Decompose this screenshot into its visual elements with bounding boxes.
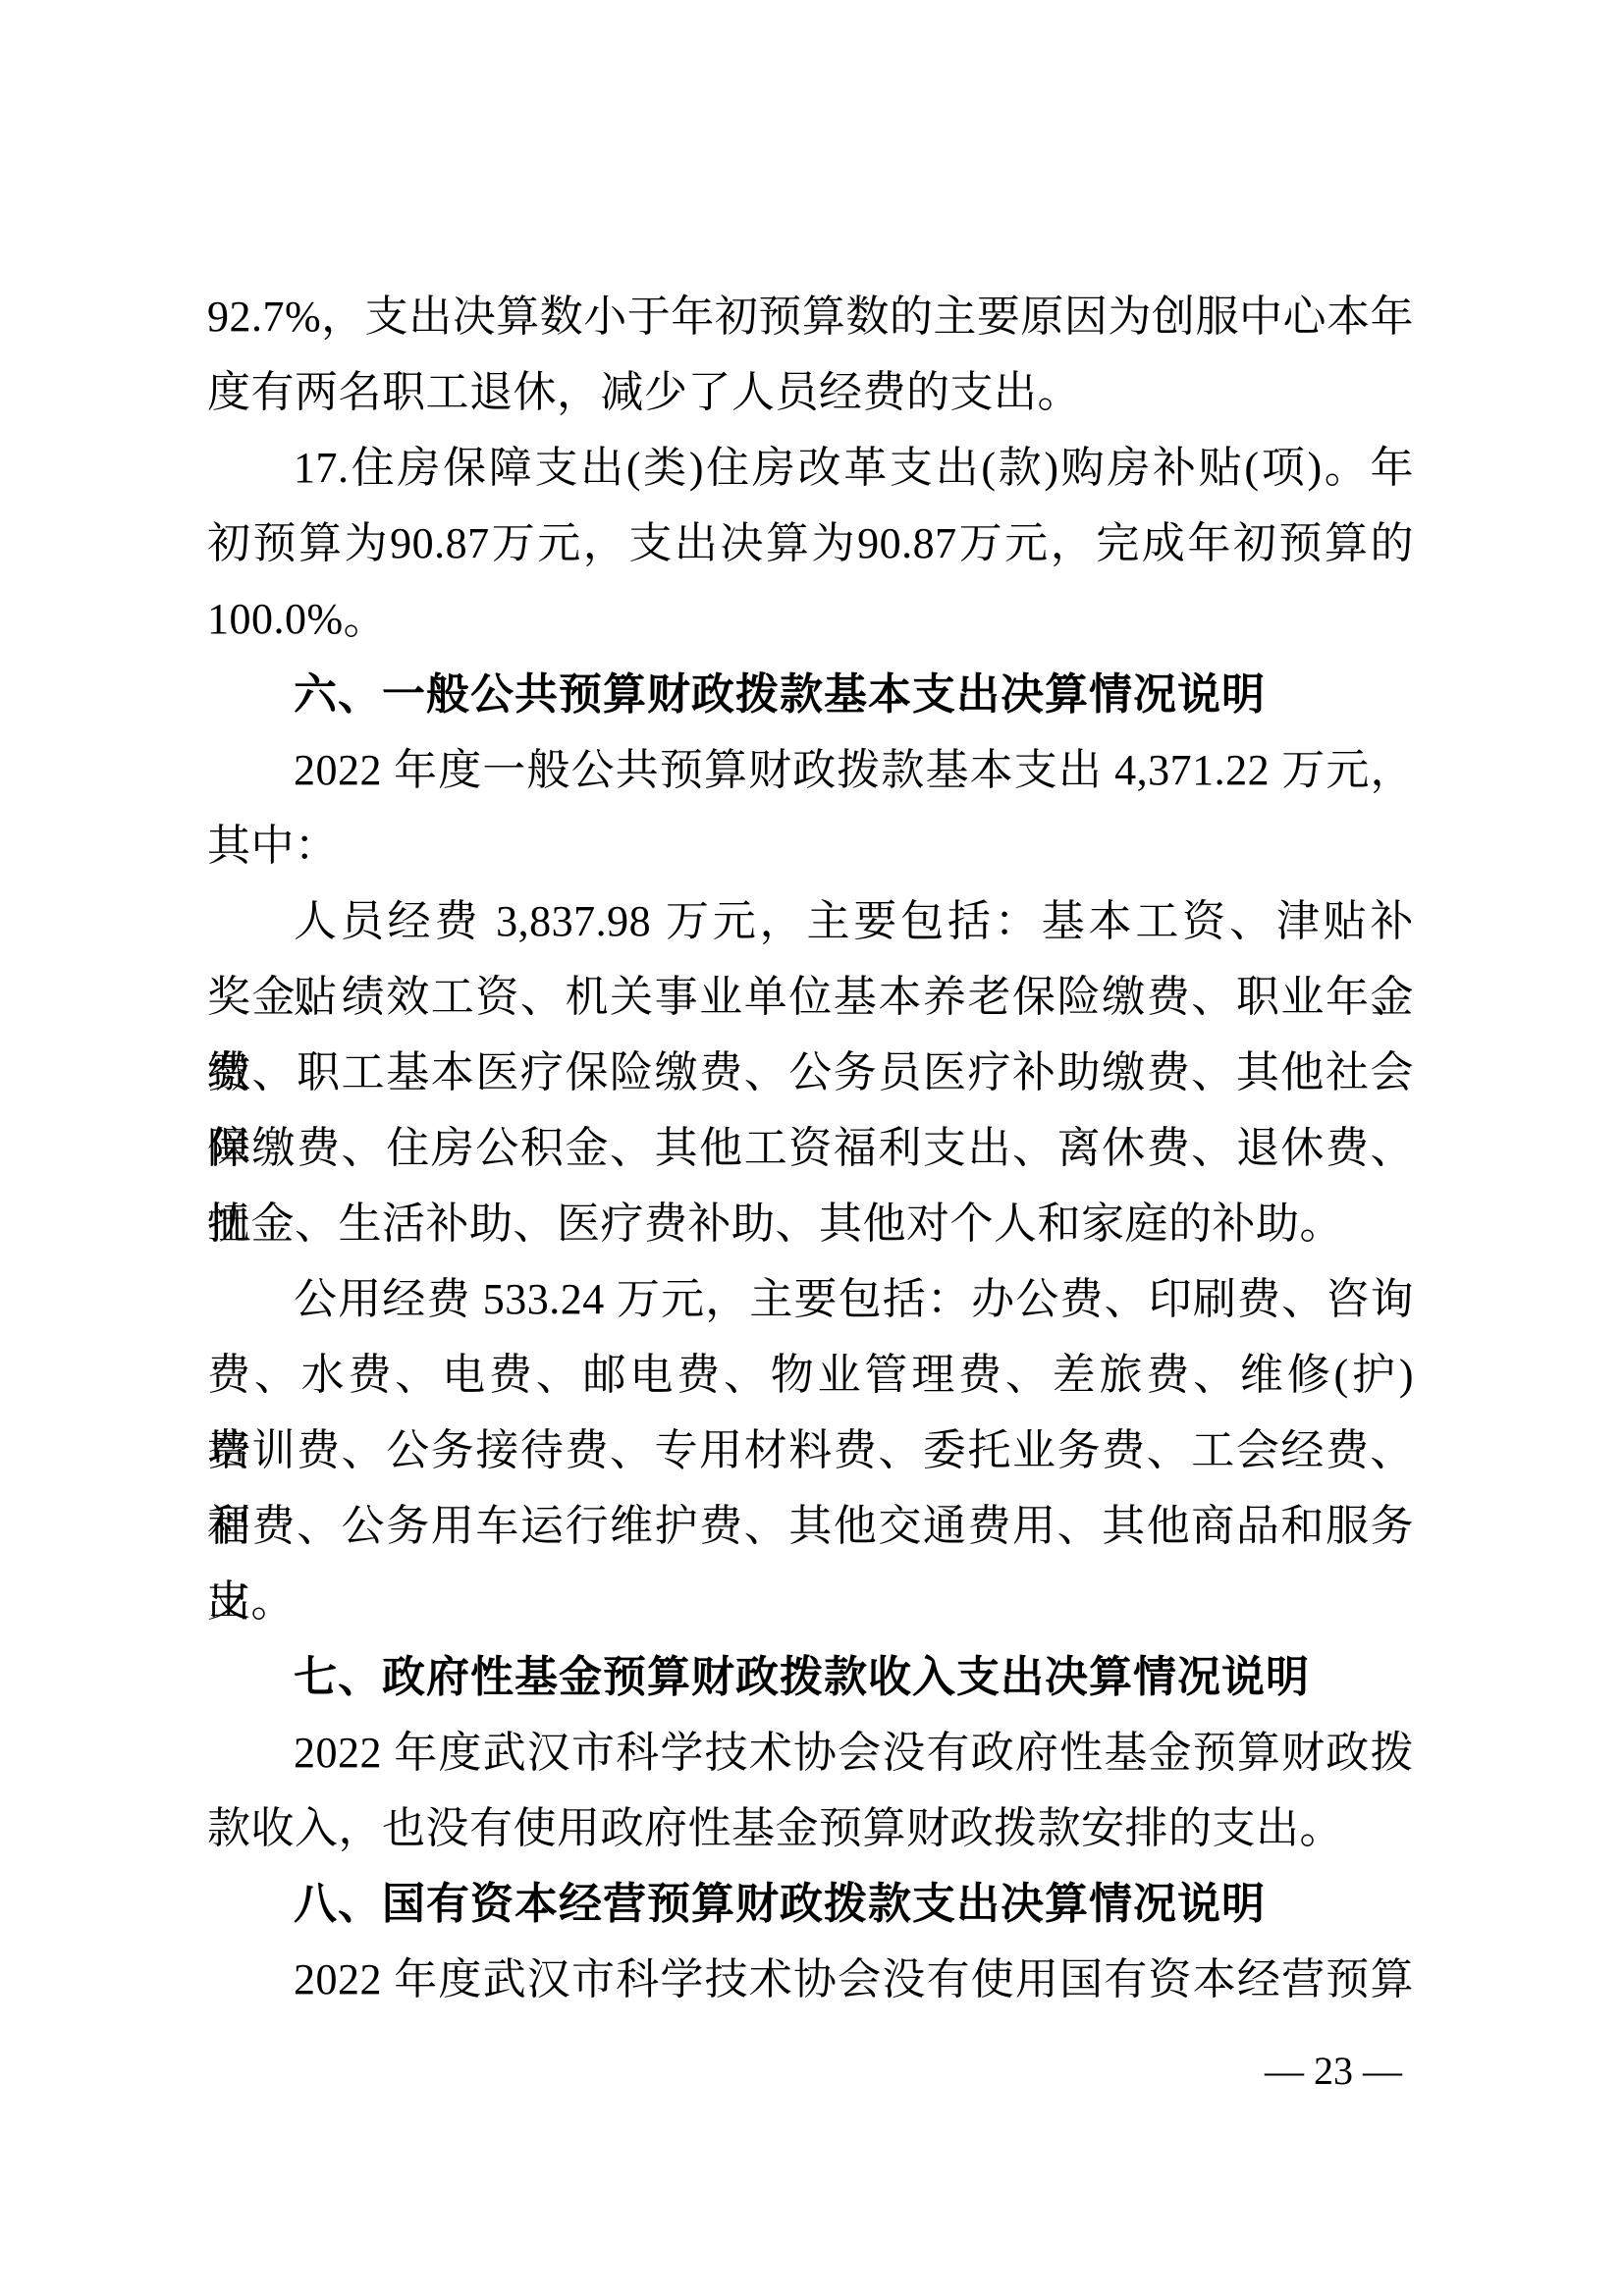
paragraph-line: 其中：: [207, 808, 1414, 883]
paragraph-line: 款收入，也没有使用政府性基金预算财政拨款安排的支出。: [207, 1790, 1414, 1866]
section-heading: 七、政府性基金预算财政拨款收入支出决算情况说明: [207, 1639, 1414, 1715]
paragraph-line: 利费、公务用车运行维护费、其他交通费用、其他商品和服务支: [207, 1488, 1414, 1564]
paragraph-line: 92.7%，支出决算数小于年初预算数的主要原因为创服中心本年: [207, 279, 1414, 354]
paragraph-line: 培训费、公务接待费、专用材料费、委托业务费、工会经费、福: [207, 1413, 1414, 1488]
paragraph-line: 恤金、生活补助、医疗费补助、其他对个人和家庭的补助。: [207, 1186, 1414, 1261]
section-heading: 六、一般公共预算财政拨款基本支出决算情况说明: [207, 657, 1414, 732]
paragraph-line: 2022 年度一般公共预算财政拨款基本支出 4,371.22 万元，: [207, 732, 1414, 808]
paragraph-line: 出。: [207, 1564, 1414, 1639]
paragraph-line: 初预算为90.87万元，支出决算为90.87万元，完成年初预算的: [207, 506, 1414, 581]
section-heading: 八、国有资本经营预算财政拨款支出决算情况说明: [207, 1866, 1414, 1942]
paragraph-line: 度有两名职工退休，减少了人员经费的支出。: [207, 354, 1414, 430]
paragraph-line: 费、水费、电费、邮电费、物业管理费、差旅费、维修(护)费、: [207, 1337, 1414, 1413]
paragraph-line: 100.0%。: [207, 581, 1414, 657]
paragraph-line: 人员经费 3,837.98 万元，主要包括：基本工资、津贴补贴、: [207, 883, 1414, 959]
paragraph-line: 费、职工基本医疗保险缴费、公务员医疗补助缴费、其他社会保: [207, 1035, 1414, 1110]
page-number: — 23 —: [1265, 2048, 1402, 2095]
paragraph-line: 奖金、绩效工资、机关事业单位基本养老保险缴费、职业年金缴: [207, 959, 1414, 1035]
paragraph-line: 公用经费 533.24 万元，主要包括：办公费、印刷费、咨询: [207, 1261, 1414, 1337]
paragraph-line: 障缴费、住房公积金、其他工资福利支出、离休费、退休费、抚: [207, 1110, 1414, 1186]
paragraph-line: 2022 年度武汉市科学技术协会没有使用国有资本经营预算: [207, 1942, 1414, 2017]
document-page: 92.7%，支出决算数小于年初预算数的主要原因为创服中心本年度有两名职工退休，减…: [0, 0, 1624, 2296]
document-body: 92.7%，支出决算数小于年初预算数的主要原因为创服中心本年度有两名职工退休，减…: [207, 279, 1414, 2017]
paragraph-line: 2022 年度武汉市科学技术协会没有政府性基金预算财政拨: [207, 1715, 1414, 1790]
paragraph-line: 17.住房保障支出(类)住房改革支出(款)购房补贴(项)。年: [207, 430, 1414, 506]
